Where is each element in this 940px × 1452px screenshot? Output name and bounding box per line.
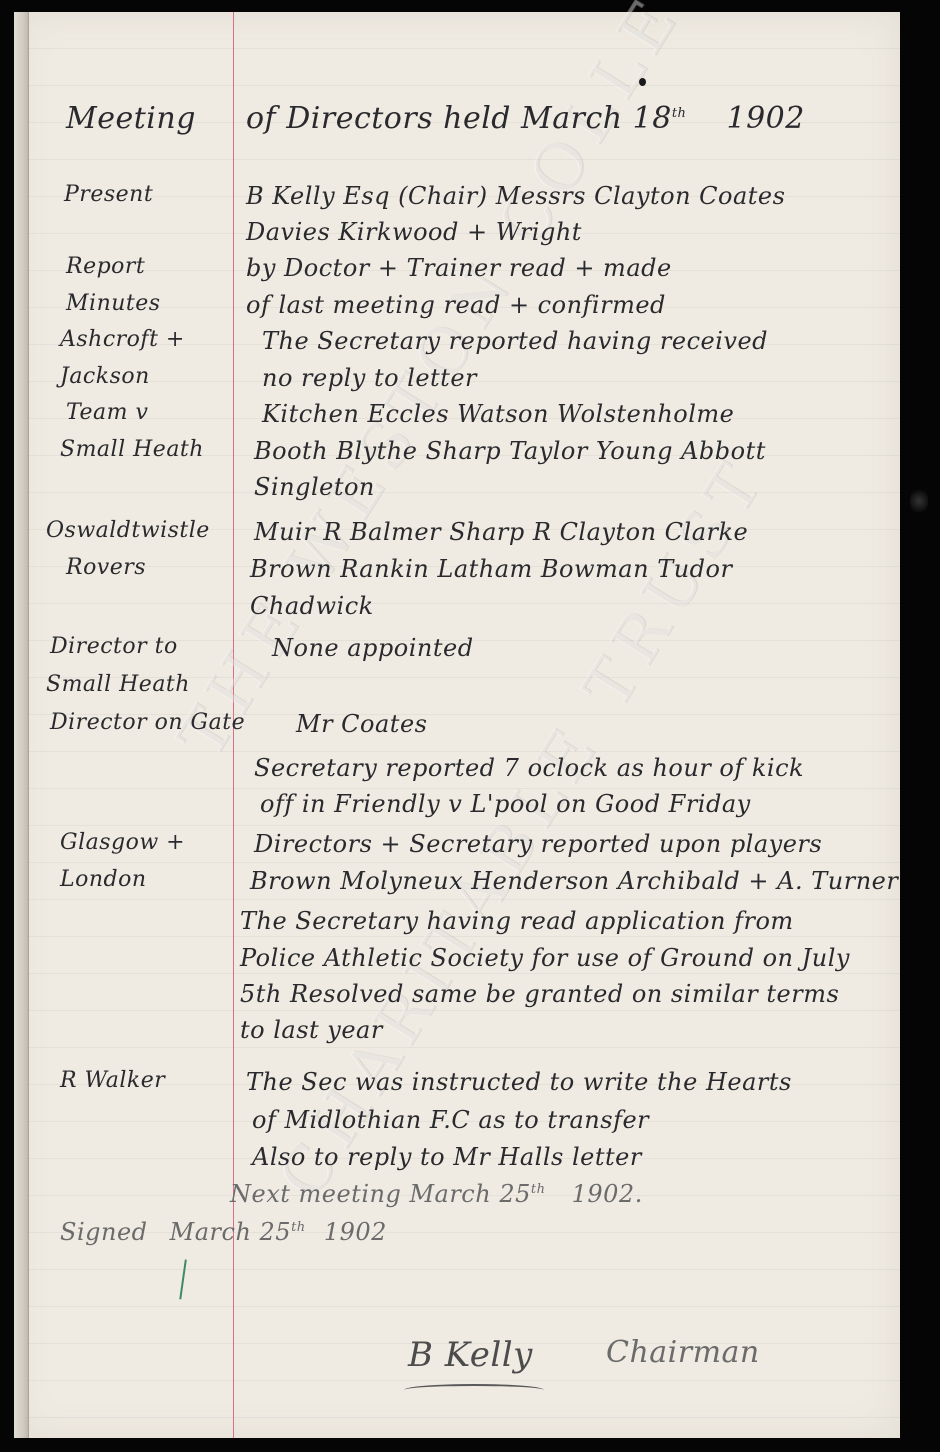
entry-line: Directors + Secretary reported upon play… [254, 832, 822, 856]
next-meeting-text: Next meeting March 25 [230, 1180, 531, 1208]
label-small-heath: Small Heath [60, 439, 204, 461]
entry-line: Chadwick [250, 594, 374, 618]
entry-line: Kitchen Eccles Watson Wolstenholme [262, 402, 734, 426]
entry-line: Mr Coates [296, 712, 427, 736]
entry-line: 5th Resolved same be granted on similar … [240, 982, 839, 1006]
signature-role: Chairman [606, 1338, 760, 1368]
label-jackson: Jackson [60, 366, 150, 388]
title-year: 1902 [726, 101, 804, 136]
next-meeting-suffix: th [531, 1182, 546, 1197]
label-london: London [60, 869, 147, 891]
label-rovers: Rovers [66, 557, 146, 579]
entry-line: Singleton [254, 475, 375, 499]
signature-name: B Kelly [408, 1338, 533, 1372]
entry-line: off in Friendly v L'pool on Good Friday [260, 792, 751, 816]
title-main: of Directors held March 18 [246, 101, 672, 136]
signed-year: 1902 [324, 1218, 387, 1246]
entry-line: of last meeting read + confirmed [246, 293, 666, 317]
entry-line: Brown Rankin Latham Bowman Tudor [250, 557, 732, 581]
label-glasgow: Glasgow + [60, 832, 185, 854]
entry-line: The Secretary having read application fr… [240, 909, 794, 933]
entry-line: to last year [240, 1018, 383, 1042]
label-minutes: Minutes [66, 293, 161, 315]
entry-line: Also to reply to Mr Halls letter [252, 1145, 642, 1169]
entry-line: B Kelly Esq (Chair) Messrs Clayton Coate… [246, 184, 785, 208]
book-gutter [14, 12, 29, 1438]
signed-line: Signed March 25th 1902 [60, 1220, 387, 1244]
label-team-v: Team v [66, 402, 148, 424]
ink-smudge [910, 486, 928, 516]
entry-line: Davies Kirkwood + Wright [246, 220, 582, 244]
label-small-heath-2: Small Heath [46, 674, 190, 696]
entry-line: by Doctor + Trainer read + made [246, 256, 672, 280]
next-meeting-year: 1902. [572, 1180, 643, 1208]
green-tick-mark [179, 1259, 194, 1300]
entry-line: Brown Molyneux Henderson Archibald + A. … [250, 869, 898, 893]
entry-line: The Sec was instructed to write the Hear… [246, 1070, 792, 1094]
entry-line: None appointed [272, 636, 474, 660]
entry-line: Police Athletic Society for use of Groun… [240, 946, 850, 970]
entry-line: The Secretary reported having received [262, 329, 768, 353]
next-meeting-note: Next meeting March 25th 1902. [230, 1182, 643, 1206]
entry-line: no reply to letter [262, 366, 477, 390]
ink-blot [639, 78, 646, 86]
entry-line: Secretary reported 7 oclock as hour of k… [254, 756, 804, 780]
label-present: Present [64, 184, 153, 206]
entry-line: Muir R Balmer Sharp R Clayton Clarke [254, 520, 748, 544]
label-r-walker: R Walker [60, 1070, 165, 1092]
page-title: of Directors held March 18th 1902 [246, 104, 805, 134]
label-director-to: Director to [50, 636, 178, 658]
label-director-on-gate: Director on Gate [50, 712, 245, 734]
ledger-page: THE WESTON COLLECTION CHARITABLE TRUST M… [14, 12, 900, 1438]
entry-line: Booth Blythe Sharp Taylor Young Abbott [254, 439, 766, 463]
entry-line: of Midlothian F.C as to transfer [252, 1108, 649, 1132]
label-ashcroft: Ashcroft + [60, 329, 185, 351]
title-prefix: Meeting [66, 104, 196, 134]
signed-label: Signed [60, 1218, 148, 1246]
signed-date: March 25 [170, 1218, 291, 1246]
label-oswaldtwistle: Oswaldtwistle [46, 520, 210, 542]
signature-flourish [404, 1384, 544, 1396]
title-date-suffix: th [672, 106, 687, 121]
label-report: Report [66, 256, 145, 278]
signed-suffix: th [291, 1220, 306, 1235]
